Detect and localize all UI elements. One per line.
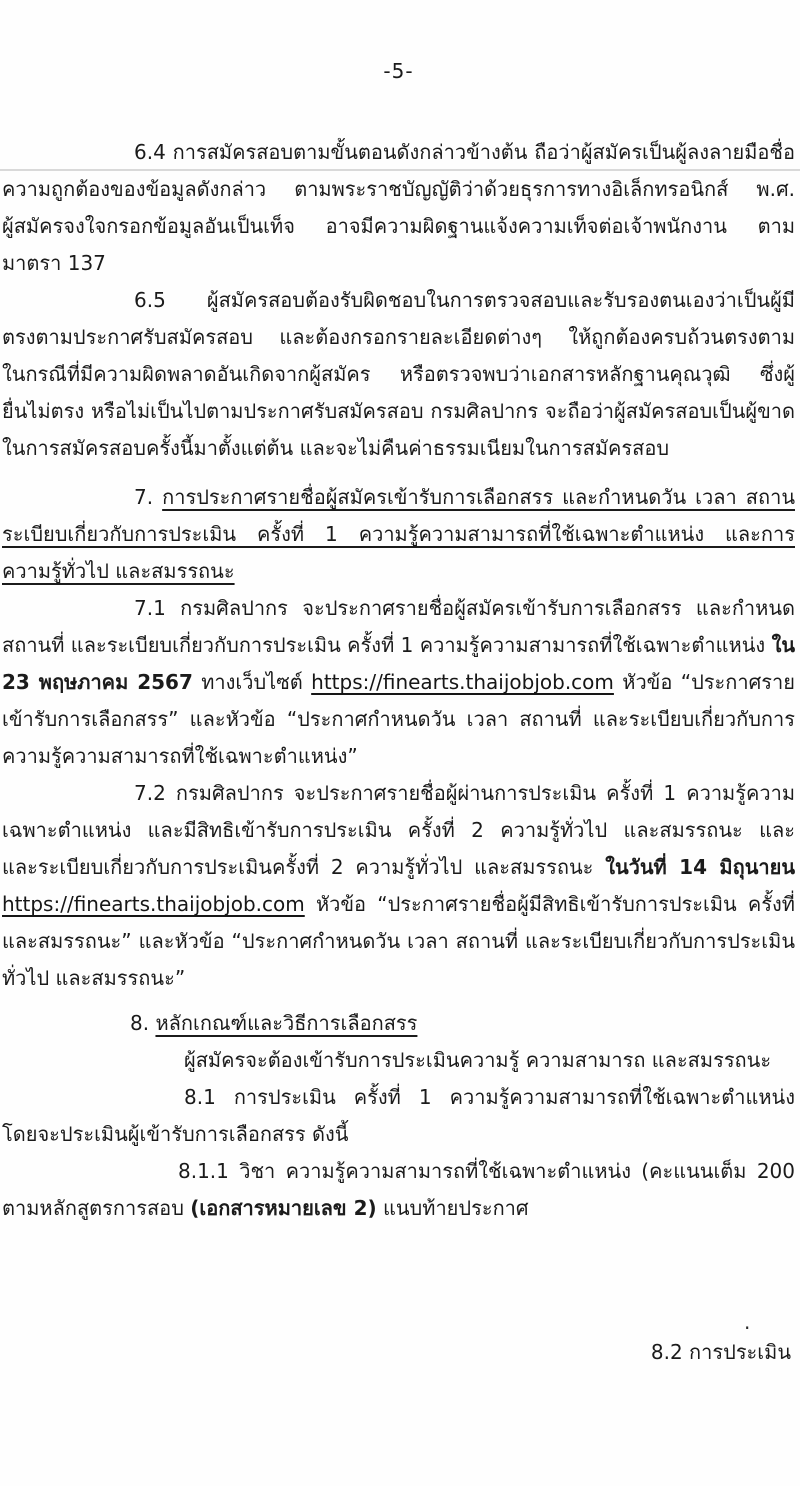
section-number: 7. xyxy=(134,485,162,509)
text-line: ความถูกต้องของข้อมูลดังกล่าว ตามพระราชบั… xyxy=(2,171,795,208)
text-line: ในกรณีที่มีความผิดพลาดอันเกิดจากผู้สมัคร… xyxy=(2,356,795,393)
text-line: 7.2 กรมศิลปากร จะประกาศรายชื่อผู้ผ่านการ… xyxy=(2,775,795,812)
text-line: โดยจะประเมินผู้เข้ารับการเลือกสรร ดังนี้ xyxy=(2,1116,795,1153)
text-line: มาตรา 137 xyxy=(2,245,795,282)
text-line: และระเบียบเกี่ยวกับการประเมินครั้งที่ 2 … xyxy=(2,849,795,886)
section-7-heading-line: 7. การประกาศรายชื่อผู้สมัครเข้ารับการเลื… xyxy=(2,479,795,516)
document-body: 6.4 การสมัครสอบตามขั้นตอนดังกล่าวข้างต้น… xyxy=(2,134,795,1227)
text-line: 8.1 การประเมิน ครั้งที่ 1 ความรู้ความสาม… xyxy=(2,1079,795,1116)
text-line: ผู้สมัครจะต้องเข้ารับการประเมินความรู้ ค… xyxy=(2,1042,795,1079)
continuation-label: 8.2 การประเมิน xyxy=(651,1337,791,1367)
document-page: -5- 6.4 การสมัครสอบตามขั้นตอนดังกล่าวข้า… xyxy=(0,0,800,1486)
website-link[interactable]: https://finearts.thaijobjob.com xyxy=(2,892,305,916)
text-line: ยื่นไม่ตรง หรือไม่เป็นไปตามประกาศรับสมัค… xyxy=(2,393,795,430)
section-title: หลักเกณฑ์และวิธีการเลือกสรร xyxy=(155,1011,417,1035)
text-line: ทั่วไป และสมรรถนะ” xyxy=(2,960,795,997)
text-line: เข้ารับการเลือกสรร” และหัวข้อ “ประกาศกำห… xyxy=(2,701,795,738)
page-number: -5- xyxy=(2,58,795,84)
text-line: 7.1 กรมศิลปากร จะประกาศรายชื่อผู้สมัครเข… xyxy=(2,590,795,627)
text-line: 8.1.1 วิชา ความรู้ความสามารถที่ใช้เฉพาะต… xyxy=(2,1153,795,1190)
bold-date: 23 พฤษภาคม 2567 xyxy=(2,670,193,694)
text-line: https://finearts.thaijobjob.com หัวข้อ “… xyxy=(2,886,795,923)
text-line: เฉพาะตำแหน่ง และมีสิทธิเข้ารับการประเมิน… xyxy=(2,812,795,849)
bold-attachment-ref: (เอกสารหมายเลข 2) xyxy=(190,1196,376,1220)
text-line: ความรู้ความสามารถที่ใช้เฉพาะตำแหน่ง” xyxy=(2,738,795,775)
website-link[interactable]: https://finearts.thaijobjob.com xyxy=(311,670,614,694)
text-line: 23 พฤษภาคม 2567 ทางเว็บไซต์ https://fine… xyxy=(2,664,795,701)
text-line: สถานที่ และระเบียบเกี่ยวกับการประเมิน คร… xyxy=(2,627,795,664)
section-8-heading-line: 8. หลักเกณฑ์และวิธีการเลือกสรร xyxy=(2,1005,795,1042)
text-line: 6.4 การสมัครสอบตามขั้นตอนดังกล่าวข้างต้น… xyxy=(2,134,795,171)
text-line: ผู้สมัครจงใจกรอกข้อมูลอันเป็นเท็จ อาจมีค… xyxy=(2,208,795,245)
section-title: การประกาศรายชื่อผู้สมัครเข้ารับการเลือกส… xyxy=(134,485,795,516)
text-line: ในการสมัครสอบครั้งนี้มาตั้งแต่ต้น และจะไ… xyxy=(2,430,795,467)
section-7-heading-line: ระเบียบเกี่ยวกับการประเมิน ครั้งที่ 1 คว… xyxy=(2,516,795,553)
section-number: 8. xyxy=(130,1011,155,1035)
document-content: -5- 6.4 การสมัครสอบตามขั้นตอนดังกล่าวข้า… xyxy=(2,0,795,1227)
text-line: ตามหลักสูตรการสอบ (เอกสารหมายเลข 2) แนบท… xyxy=(2,1190,795,1227)
text-line: 6.5 ผู้สมัครสอบต้องรับผิดชอบในการตรวจสอบ… xyxy=(2,282,795,319)
stray-dot-artifact: . xyxy=(744,1312,750,1332)
text-line: ตรงตามประกาศรับสมัครสอบ และต้องกรอกรายละ… xyxy=(2,319,795,356)
text-line: และสมรรถนะ” และหัวข้อ “ประกาศกำหนดวัน เว… xyxy=(2,923,795,960)
section-7-heading-line: ความรู้ทั่วไป และสมรรถนะ xyxy=(2,553,795,590)
